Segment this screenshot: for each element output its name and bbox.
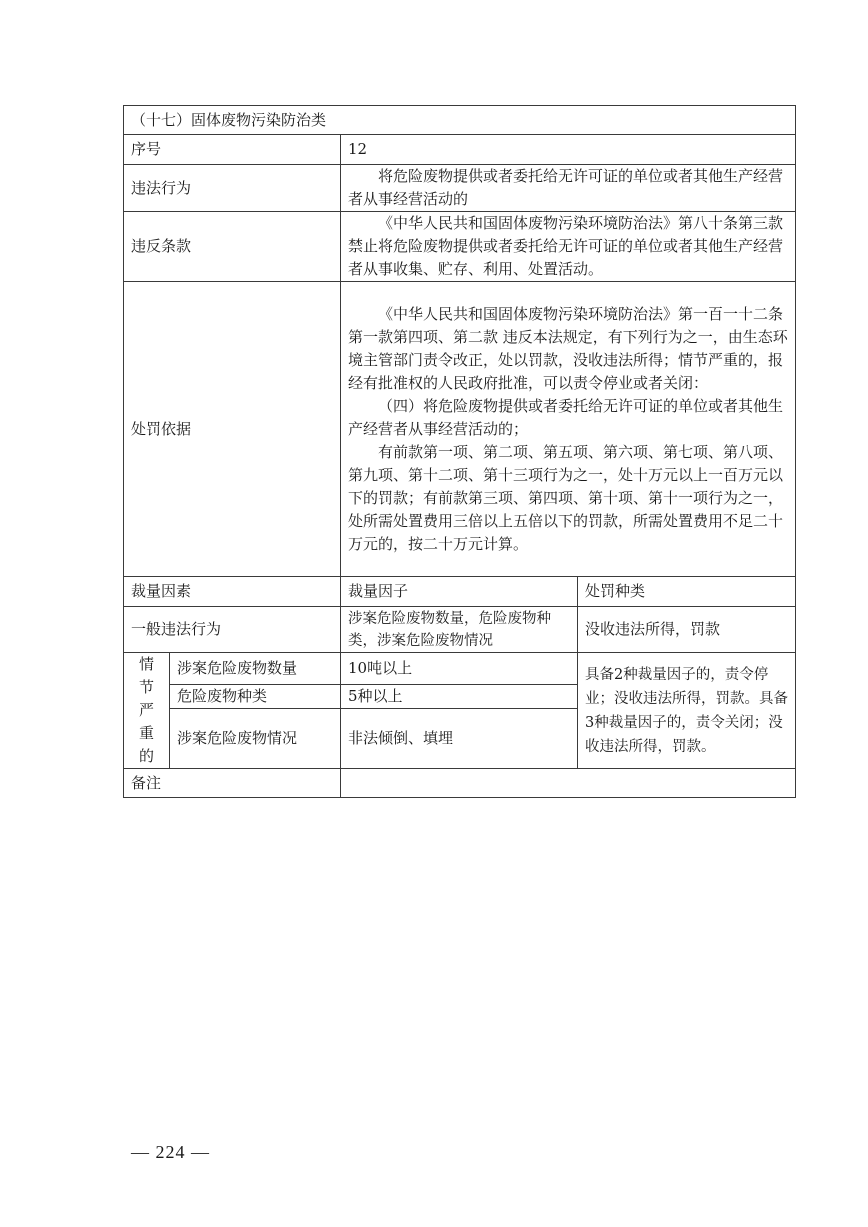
- serious-label: 情 节 严 重 的: [124, 653, 170, 769]
- serious-penalty: 具备2种裁量因子的，责令停业；没收违法所得，罚款。具备3种裁量因子的，责令关闭；…: [578, 653, 796, 769]
- discretion-element-header: 裁量因子: [341, 577, 578, 607]
- penalty-table: （十七）固体废物污染防治类 序号 12 违法行为 将危险废物提供或者委托给无许可…: [123, 105, 796, 798]
- discretion-factor-header: 裁量因素: [124, 577, 341, 607]
- penalty-basis-value: 《中华人民共和国固体废物污染环境防治法》第一百一十二条第一款第四项、第二款 违反…: [341, 282, 796, 577]
- violated-clause-label: 违反条款: [124, 212, 341, 282]
- serious-element: 非法倾倒、填埋: [341, 709, 578, 769]
- general-element: 涉案危险废物数量，危险废物种类，涉案危险废物情况: [341, 607, 578, 653]
- page-number: — 224 —: [131, 1142, 210, 1163]
- serial-value: 12: [341, 135, 796, 165]
- serious-factor: 涉案危险废物情况: [170, 709, 341, 769]
- violation-label: 违法行为: [124, 165, 341, 212]
- violation-value: 将危险废物提供或者委托给无许可证的单位或者其他生产经营者从事经营活动的: [341, 165, 796, 212]
- penalty-basis-label: 处罚依据: [124, 282, 341, 577]
- general-penalty: 没收违法所得，罚款: [578, 607, 796, 653]
- penalty-basis-paragraph: 《中华人民共和国固体废物污染环境防治法》第一百一十二条第一款第四项、第二款 违反…: [348, 303, 788, 395]
- section-title: （十七）固体废物污染防治类: [124, 106, 796, 135]
- remarks-value: [341, 769, 796, 798]
- violated-clause-value: 《中华人民共和国固体废物污染环境防治法》第八十条第三款 禁止将危险废物提供或者委…: [341, 212, 796, 282]
- penalty-type-header: 处罚种类: [578, 577, 796, 607]
- penalty-basis-paragraph: 有前款第一项、第二项、第五项、第六项、第七项、第八项、第九项、第十二项、第十三项…: [348, 441, 788, 556]
- serious-factor: 涉案危险废物数量: [170, 653, 341, 685]
- penalty-basis-paragraph: （四）将危险废物提供或者委托给无许可证的单位或者其他生产经营者从事经营活动的；: [348, 395, 788, 441]
- serious-element: 5种以上: [341, 685, 578, 709]
- remarks-label: 备注: [124, 769, 341, 798]
- serious-factor: 危险废物种类: [170, 685, 341, 709]
- serious-element: 10吨以上: [341, 653, 578, 685]
- serial-label: 序号: [124, 135, 341, 165]
- general-label: 一般违法行为: [124, 607, 341, 653]
